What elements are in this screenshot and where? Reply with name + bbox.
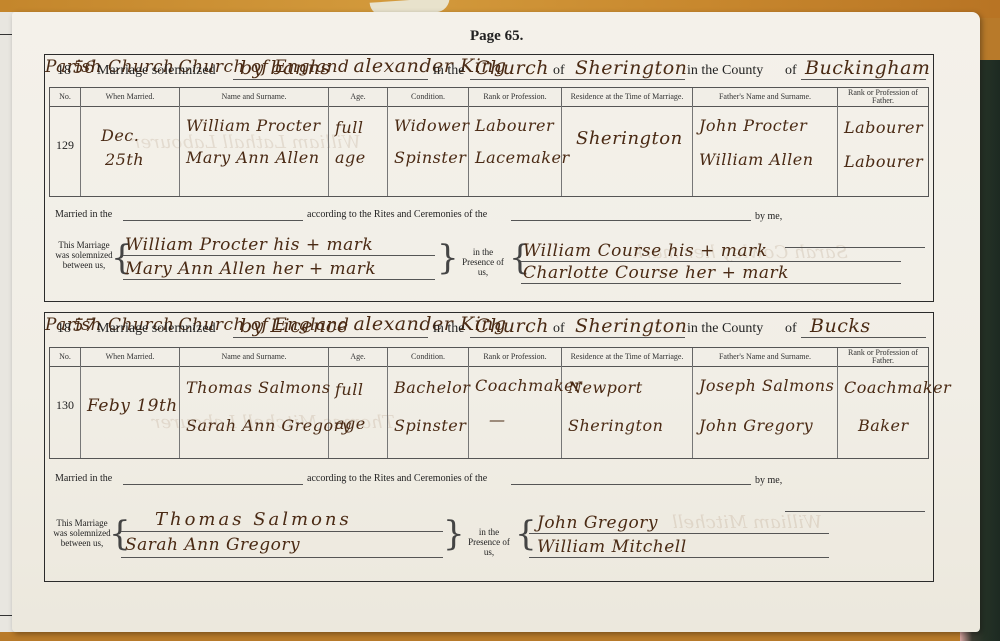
- col-father-name: Father's Name and Surname.: [693, 88, 838, 106]
- according-to-label: according to the Rites and Ceremonies of…: [307, 473, 487, 484]
- in-the-county-label: in the County: [687, 63, 763, 79]
- col-no: No.: [50, 88, 81, 106]
- of-label: of: [553, 63, 565, 79]
- age-line2: age: [335, 414, 366, 433]
- groom-father-name: Joseph Salmons: [699, 376, 834, 395]
- bride-name: Mary Ann Allen: [186, 148, 320, 167]
- this-marriage-label: This Marriage was solemnized between us,: [53, 240, 115, 270]
- col-condition: Condition.: [388, 88, 469, 106]
- year-prefix: 18: [57, 321, 71, 337]
- col-when-married: When Married.: [81, 88, 180, 106]
- parish-name: Sherington: [575, 315, 687, 337]
- bride-name: Sarah Ann Gregory: [186, 416, 351, 435]
- right-brace: }: [443, 517, 465, 551]
- col-father-rank: Rank or Profession of Father.: [838, 88, 928, 106]
- age-line2: age: [335, 148, 366, 167]
- col-name: Name and Surname.: [180, 88, 329, 106]
- bride-rank: Lacemaker: [475, 148, 570, 167]
- table-row: 129 Dec. 25th William Procter Mary Ann A…: [49, 106, 929, 197]
- place-type: Church: [475, 315, 549, 337]
- col-age: Age.: [329, 348, 388, 366]
- column-headers: No. When Married. Name and Surname. Age.…: [49, 87, 929, 107]
- married-in-label: Married in the: [55, 473, 112, 484]
- entry-number: 129: [56, 138, 74, 153]
- col-rank: Rank or Profession.: [469, 348, 562, 366]
- solemnized-by: by banns: [240, 57, 331, 79]
- county-name: Buckingham: [805, 57, 930, 79]
- county-name: Bucks: [810, 315, 871, 337]
- bride-father-name: William Allen: [699, 150, 814, 169]
- county-of-label: of: [785, 321, 797, 337]
- in-the-label: in the: [433, 321, 465, 337]
- county-of-label: of: [785, 63, 797, 79]
- column-headers: No. When Married. Name and Surname. Age.…: [49, 347, 929, 367]
- witness-2-signature: William Mitchell: [537, 537, 687, 557]
- witness-1-signature: William Course his + mark: [523, 241, 767, 261]
- groom-residence: Newport: [568, 378, 643, 397]
- parish-name: Sherington: [575, 57, 687, 79]
- witness-2-signature: Charlotte Course her + mark: [523, 263, 789, 283]
- by-me-label: by me,: [755, 211, 782, 222]
- register-page: Page 65. William Lathall Labourer Sarah …: [12, 12, 980, 632]
- col-rank: Rank or Profession.: [469, 88, 562, 106]
- col-father-rank: Rank or Profession of Father.: [838, 348, 928, 366]
- marriage-solemnized-label: Marriage solemnized: [97, 321, 216, 337]
- married-in-label: Married in the: [55, 209, 112, 220]
- year-suffix: 56: [73, 58, 96, 78]
- groom-rank: Labourer: [475, 116, 554, 135]
- groom-name: William Procter: [186, 116, 320, 135]
- date-married: Feby 19th: [87, 396, 178, 416]
- place-type: Church: [475, 57, 549, 79]
- in-the-label: in the: [433, 63, 465, 79]
- groom-father-rank: Coachmaker: [844, 378, 951, 397]
- marriage-entry-129: 18 56 Marriage solemnized by banns in th…: [44, 54, 934, 302]
- table-row: 130 Feby 19th Thomas Salmons Sarah Ann G…: [49, 366, 929, 459]
- col-name: Name and Surname.: [180, 348, 329, 366]
- right-brace: }: [437, 241, 459, 275]
- bride-father-rank: Baker: [858, 416, 909, 435]
- col-condition: Condition.: [388, 348, 469, 366]
- date-month: Dec.: [101, 126, 139, 145]
- age-line1: full: [335, 118, 363, 137]
- groom-condition: Widower: [394, 116, 469, 135]
- groom-name: Thomas Salmons: [186, 378, 331, 397]
- groom-signature: Thomas Salmons: [155, 509, 352, 530]
- by-me-label: by me,: [755, 475, 782, 486]
- in-the-county-label: in the County: [687, 321, 763, 337]
- marriage-solemnized-label: Marriage solemnized: [97, 63, 216, 79]
- age-line1: full: [335, 380, 363, 399]
- year-prefix: 18: [57, 63, 71, 79]
- groom-father-rank: Labourer: [844, 118, 923, 137]
- presence-label: in the Presence of us,: [457, 247, 509, 277]
- groom-condition: Bachelor: [394, 378, 470, 397]
- of-label: of: [553, 321, 565, 337]
- page-number: Page 65.: [470, 28, 523, 45]
- col-father-name: Father's Name and Surname.: [693, 348, 838, 366]
- marriage-entry-130: 18 57 Marriage solemnized by Licence in …: [44, 312, 934, 582]
- presence-label: in the Presence of us,: [463, 527, 515, 557]
- bride-father-name: John Gregory: [699, 416, 813, 435]
- bride-father-rank: Labourer: [844, 152, 923, 171]
- bride-residence: Sherington: [568, 416, 663, 435]
- residence: Sherington: [576, 128, 683, 149]
- col-age: Age.: [329, 88, 388, 106]
- bride-condition: Spinster: [394, 416, 466, 435]
- this-marriage-label: This Marriage was solemnized between us,: [51, 518, 113, 548]
- date-day: 25th: [105, 150, 144, 169]
- left-brace: {: [515, 517, 537, 551]
- bride-rank: —: [489, 410, 506, 429]
- witness-1-signature: John Gregory: [537, 513, 658, 533]
- col-no: No.: [50, 348, 81, 366]
- bride-signature: Sarah Ann Gregory: [125, 535, 300, 555]
- col-residence: Residence at the Time of Marriage.: [562, 88, 693, 106]
- year-suffix: 57: [73, 316, 96, 336]
- col-residence: Residence at the Time of Marriage.: [562, 348, 693, 366]
- bride-condition: Spinster: [394, 148, 466, 167]
- groom-father-name: John Procter: [699, 116, 807, 135]
- groom-signature: William Procter his + mark: [125, 235, 373, 255]
- bride-signature: Mary Ann Allen her + mark: [125, 259, 376, 279]
- solemnized-by: by Licence: [240, 315, 349, 337]
- entry-number: 130: [56, 398, 74, 413]
- according-to-label: according to the Rites and Ceremonies of…: [307, 209, 487, 220]
- col-when-married: When Married.: [81, 348, 180, 366]
